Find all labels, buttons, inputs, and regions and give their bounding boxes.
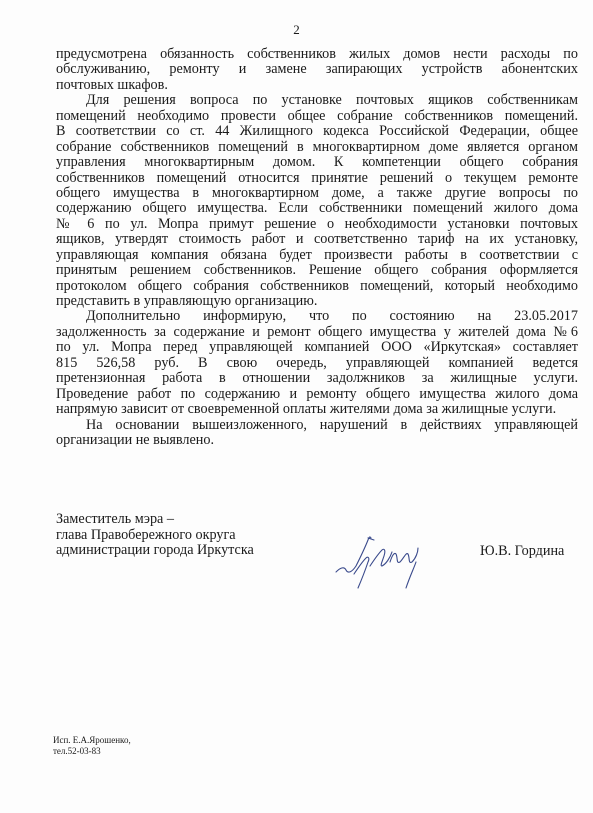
text-line: общего имущества в многоквартирном доме,… (56, 186, 578, 201)
signatory-title: Заместитель мэра – глава Правобережного … (56, 512, 254, 559)
text-line: На основании вышеизложенного, нарушений … (56, 418, 578, 433)
text-line: собственников помещений относится принят… (56, 171, 578, 186)
text-line: управляющая компания обязана будет произ… (56, 248, 578, 263)
signatory-title-line: администрации города Иркутска (56, 543, 254, 559)
text-line: содержанию общего имущества. Если собств… (56, 201, 578, 216)
text-line: принятым решением собственников. Решение… (56, 263, 578, 278)
text-line: № 6 по ул. Мопра примут решение о необхо… (56, 217, 578, 232)
signatory-title-line: глава Правобережного округа (56, 528, 254, 544)
document-page: 2 предусмотрена обязанность собственнико… (0, 0, 593, 813)
text-line: собрание собственников помещений в много… (56, 140, 578, 155)
letter-body: предусмотрена обязанность собственников … (56, 47, 578, 448)
text-line: В соответствии со ст. 44 Жилищного кодек… (56, 124, 578, 139)
text-line: ящиков, утвердят стоимость работ и соотв… (56, 232, 578, 247)
signatory-title-line: Заместитель мэра – (56, 512, 254, 528)
text-line: по ул. Мопра перед управляющей компанией… (56, 340, 578, 355)
text-line: претензионная работа в отношении задолжн… (56, 371, 578, 386)
text-line: представить в управляющую организацию. (56, 294, 578, 309)
handwritten-signature (330, 528, 440, 590)
text-line: организации не выявлено. (56, 433, 578, 448)
text-line: протоколом общего собрания собственников… (56, 279, 578, 294)
text-line: напрямую зависит от своевременной оплаты… (56, 402, 578, 417)
text-line: Дополнительно информирую, что по состоян… (56, 309, 578, 324)
executor-name: Исп. Е.А.Ярошенко, (53, 735, 131, 746)
text-line: Проведение работ по содержанию и ремонту… (56, 387, 578, 402)
text-line: почтовых шкафов. (56, 78, 578, 93)
signatory-name: Ю.В. Гордина (480, 543, 564, 560)
text-line: 815 526,58 руб. В свою очередь, управляю… (56, 356, 578, 371)
executor-phone: тел.52-03-83 (53, 746, 131, 757)
text-line: Для решения вопроса по установке почтовы… (56, 93, 578, 108)
text-line: помещений необходимо провести общее собр… (56, 109, 578, 124)
text-line: задолженность за содержание и ремонт общ… (56, 325, 578, 340)
text-line: предусмотрена обязанность собственников … (56, 47, 578, 62)
page-number: 2 (0, 22, 593, 38)
executor-info: Исп. Е.А.Ярошенко, тел.52-03-83 (53, 735, 131, 757)
text-line: обслуживанию, ремонту и замене запирающи… (56, 62, 578, 77)
text-line: управления многоквартирным домом. К комп… (56, 155, 578, 170)
